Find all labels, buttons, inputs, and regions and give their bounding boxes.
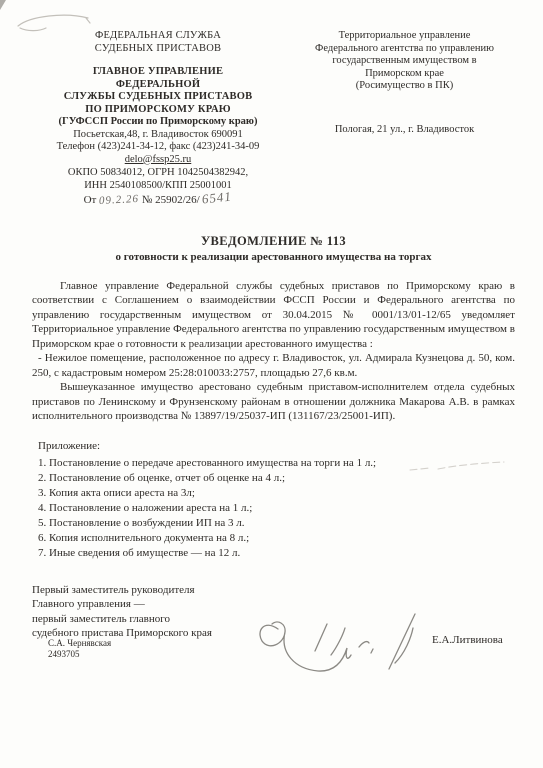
executor-phone: 2493705	[48, 649, 111, 660]
scanned-letter-page: ФЕДЕРАЛЬНАЯ СЛУЖБА СУДЕБНЫХ ПРИСТАВОВ ГЛ…	[0, 0, 543, 768]
handwritten-signature	[254, 611, 429, 686]
outgoing-ref-line: От 09.2.26 № 25902/26/ 6541	[32, 193, 284, 207]
document-title: УВЕДОМЛЕНИЕ № 113	[32, 234, 515, 249]
recipient-line: государственным имуществом в	[294, 55, 515, 68]
sender-registry-line: ИНН 2540108500/КПП 25001001	[32, 180, 284, 193]
ref-date-handwritten: 09.2.26	[99, 193, 140, 208]
ref-number-label: № 25902/26/	[142, 194, 200, 206]
sender-phone: Телефон (423)241-34-12, факс (423)241-34…	[32, 141, 284, 154]
body-paragraph: Главное управление Федеральной службы су…	[32, 279, 515, 352]
recipient-line: Приморском крае	[294, 68, 515, 81]
document-body: Главное управление Федеральной службы су…	[32, 279, 515, 424]
signature-block: Первый заместитель руководителя Главного…	[32, 583, 515, 641]
sender-email-link: delo@fssp25.ru	[32, 154, 284, 167]
document-title-block: УВЕДОМЛЕНИЕ № 113 о готовности к реализа…	[32, 234, 515, 263]
sender-office-short: (ГУФССП России по Приморскому краю)	[32, 116, 284, 129]
signer-position-line: Главного управления —	[32, 597, 515, 612]
faint-pencil-mark	[408, 458, 508, 474]
attachment-item: 5. Постановление о возбуждении ИП на 3 л…	[38, 516, 515, 531]
attachments-list: Приложение: 1. Постановление о передаче …	[32, 439, 515, 561]
sender-service-line: СУДЕБНЫХ ПРИСТАВОВ	[32, 43, 284, 56]
recipient-line: Федерального агентства по управлению	[294, 43, 515, 56]
executor-block: С.А. Чернявская 2493705	[48, 638, 111, 660]
body-paragraph: Вышеуказанное имущество арестовано судеб…	[32, 380, 515, 424]
body-paragraph-property-item: - Нежилое помещение, расположенное по ад…	[32, 351, 515, 380]
recipient-line: Территориальное управление	[294, 30, 515, 43]
scan-corner-artifact	[0, 0, 6, 10]
sender-office-line: СЛУЖБЫ СУДЕБНЫХ ПРИСТАВОВ	[32, 91, 284, 104]
attachment-item: 7. Иные сведения об имуществе — на 12 л.	[38, 546, 515, 561]
pencil-scribble	[10, 6, 100, 36]
sender-address: Посьетская,48, г. Владивосток 690091	[32, 129, 284, 142]
signer-position-line: Первый заместитель руководителя	[32, 583, 515, 598]
letterhead: ФЕДЕРАЛЬНАЯ СЛУЖБА СУДЕБНЫХ ПРИСТАВОВ ГЛ…	[32, 30, 515, 207]
sender-office-line: ПО ПРИМОРСКОМУ КРАЮ	[32, 104, 284, 117]
ref-from-label: От	[84, 194, 97, 206]
document-subtitle: о готовности к реализации арестованного …	[32, 251, 515, 263]
attachment-item: 6. Копия исполнительного документа на 8 …	[38, 531, 515, 546]
attachments-label: Приложение:	[38, 439, 515, 454]
attachment-item: 4. Постановление о наложении ареста на 1…	[38, 501, 515, 516]
sender-block: ФЕДЕРАЛЬНАЯ СЛУЖБА СУДЕБНЫХ ПРИСТАВОВ ГЛ…	[32, 30, 284, 207]
recipient-line: (Росимущество в ПК)	[294, 80, 515, 93]
executor-name: С.А. Чернявская	[48, 638, 111, 649]
ref-number-handwritten: 6541	[202, 190, 233, 206]
attachment-item: 3. Копия акта описи ареста на 3л;	[38, 486, 515, 501]
recipient-address: Пологая, 21 ул., г. Владивосток	[294, 124, 515, 137]
sender-registry-line: ОКПО 50834012, ОГРН 1042504382942,	[32, 167, 284, 180]
recipient-block: Территориальное управление Федерального …	[294, 30, 515, 207]
sender-office-line: ГЛАВНОЕ УПРАВЛЕНИЕ	[32, 66, 284, 79]
signer-name: Е.А.Литвинова	[432, 633, 503, 648]
sender-office-line: ФЕДЕРАЛЬНОЙ	[32, 79, 284, 92]
